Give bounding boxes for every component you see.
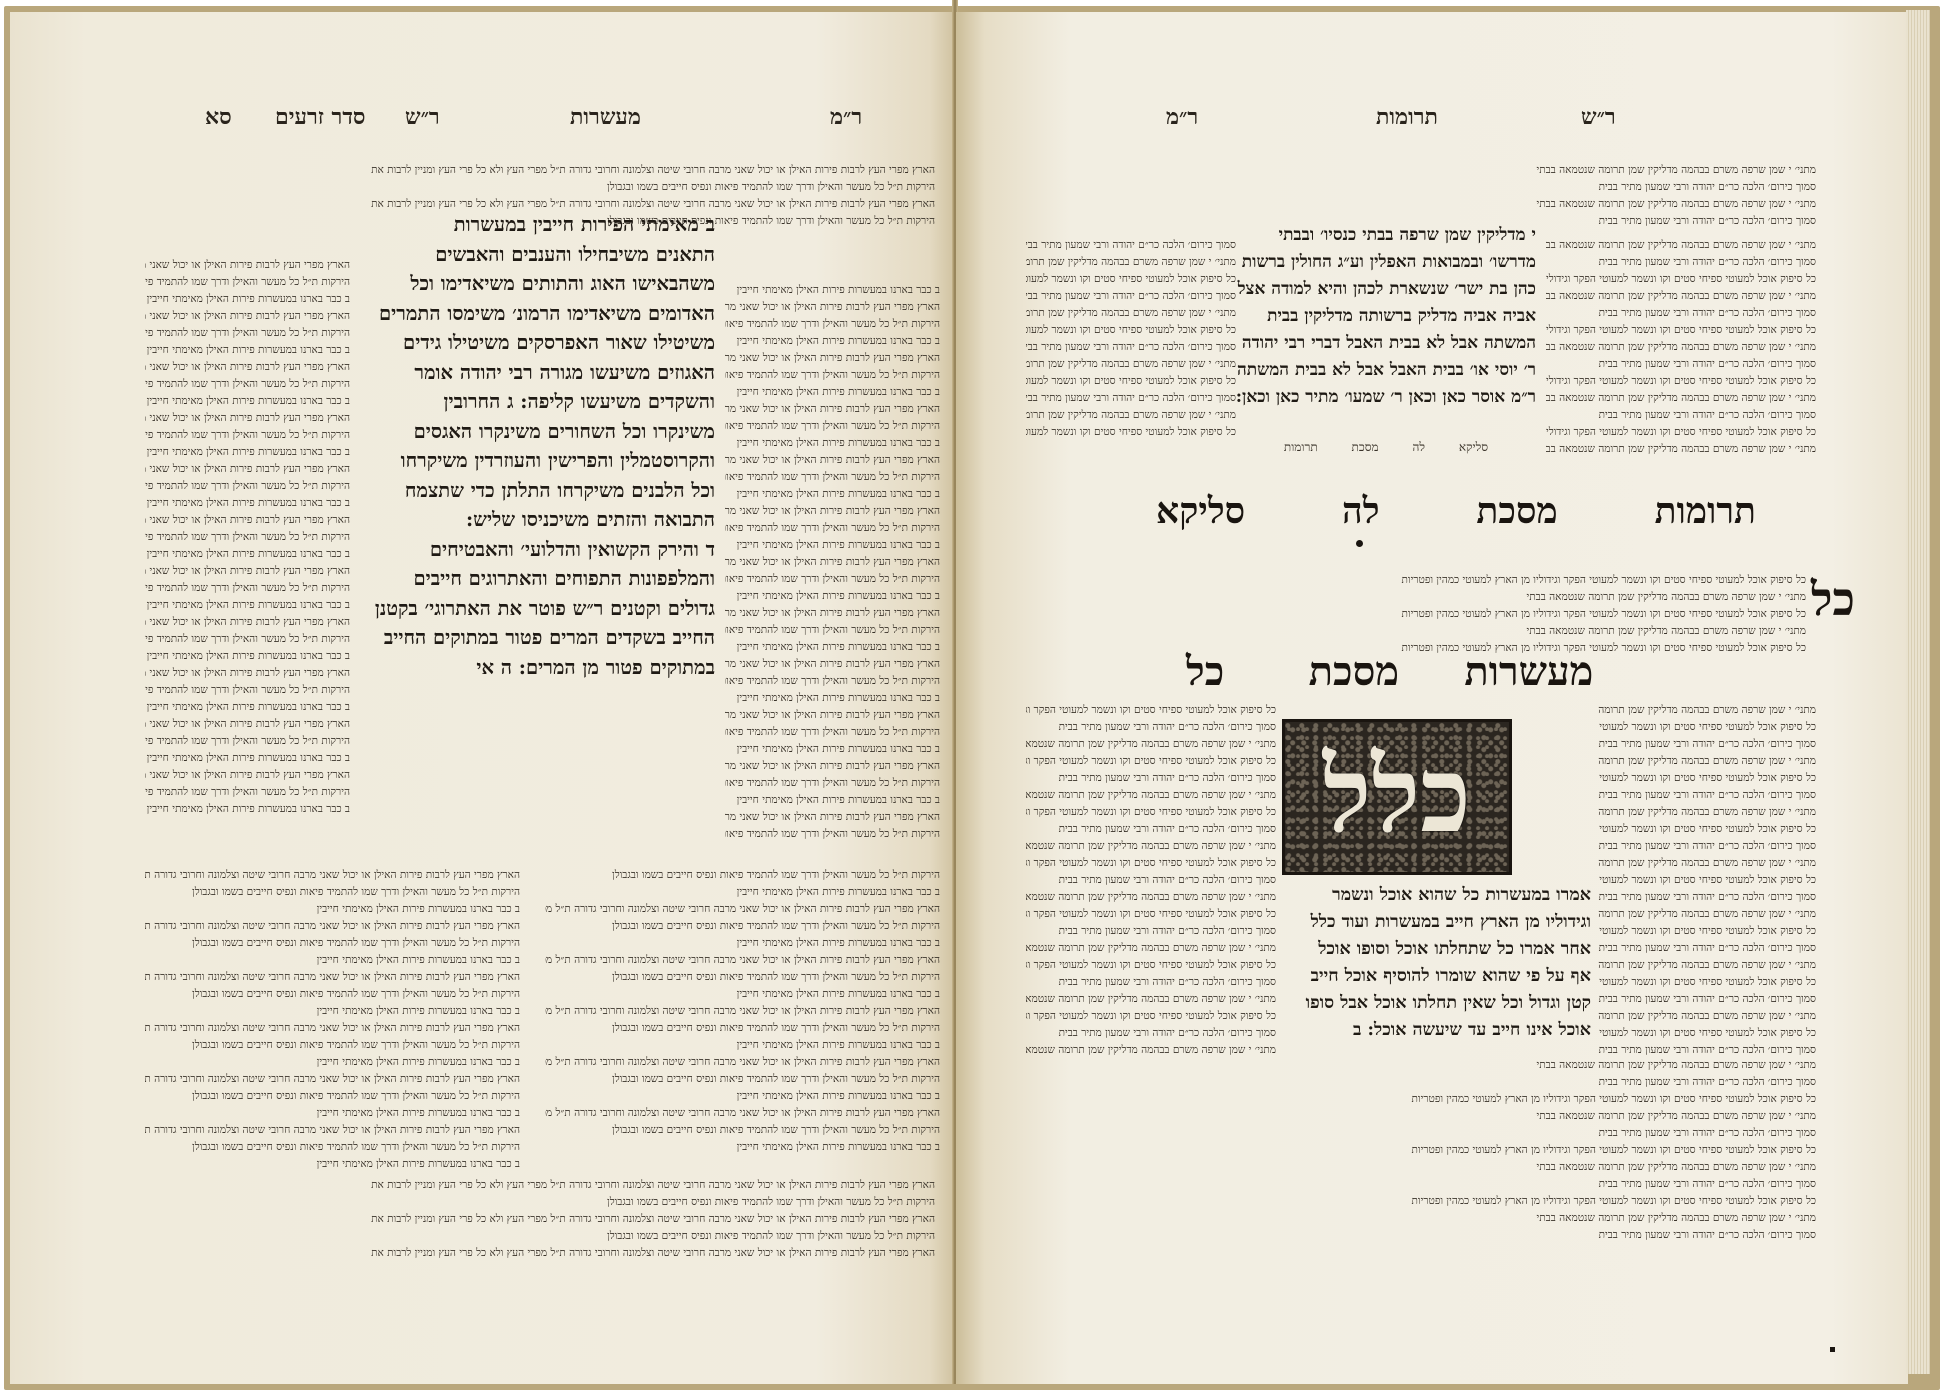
tractate-end-title: סליקא לה מסכת תרומות <box>1156 490 1756 532</box>
right-page: ר״מ תרומות ר״ש מתני׳ י שמן שרפה משרם בבה… <box>956 12 1908 1384</box>
commentary-outer-column: מתני׳ י שמן שרפה משרם בבהמה מדליקין שמן … <box>1546 237 1816 467</box>
running-head-folio: סא <box>205 104 232 130</box>
commentary-outer-right: מתני׳ י שמן שרפה משרם בבהמה מדליקין שמן … <box>1596 702 1816 1062</box>
commentary-band: כל סיפוק אוכל למעוטי ספיחי סטים וקו ונשמ… <box>1026 572 1806 657</box>
mishnah-terumot-end: י מדליקין שמן שרפה בבתי כנסיו׳ ובבתי מדר… <box>1236 222 1536 411</box>
mishnah-maasrot-ch1: ב מאימתי הפירות חייבין במעשרות התאנים מש… <box>370 210 715 682</box>
commentary-lower-outer: הארץ מפרי העץ לרבות פירות האילן או יכול … <box>145 867 520 1187</box>
woodcut-initial-word: כלל <box>1285 730 1509 860</box>
left-page: סא סדר זרעים ר״ש מעשרות ר״מ הארץ מפרי הע… <box>10 12 958 1384</box>
commentary-outer-column: הארץ מפרי העץ לרבות פירות האילן או יכול … <box>145 257 350 857</box>
commentary-beside-woodcut: כל סיפוק אוכל למעוטי ספיחי סטים וקו ונשמ… <box>1026 702 1276 1062</box>
woodcut-initial-word-panel: כלל <box>1282 719 1512 875</box>
ink-speck <box>1830 1347 1835 1352</box>
running-head-seder: סדר זרעים <box>275 104 365 130</box>
tractate-begin-title: מסכת מעשרות <box>1276 648 1626 695</box>
commentary-bottom: מתני׳ י שמן שרפה משרם בבהמה מדליקין שמן … <box>1026 1057 1816 1257</box>
commentary-lower-inner: הירקות ת״ל כל מעשר והאילן ודרך שמו להתמי… <box>545 867 940 1167</box>
commentary-inner-column: ב כבר בארנו במעשרות פירות האילן מאימתי ח… <box>725 282 940 862</box>
running-head-rash: ר״ש <box>405 104 440 130</box>
running-head-tractate: תרומות <box>1376 104 1438 130</box>
mishnah-maasrot-1-1: אמרו במעשרות כל שהוא אוכל ונשמר וגידוליו… <box>1291 882 1591 1044</box>
commentary-bottom: הארץ מפרי העץ לרבות פירות האילן או יכול … <box>145 1177 935 1267</box>
page-edges <box>1906 10 1930 1374</box>
running-head-rambam: ר״מ <box>830 104 862 130</box>
commentary-inner-column: סמוך כירום׳ הלכה כר״ם יהודה ורבי שמעון מ… <box>1026 237 1236 457</box>
commentary-opening-word: כל <box>1186 648 1224 695</box>
colophon-small: סליקא לה מסכת תרומות <box>1216 439 1556 459</box>
ornament-dot <box>1356 540 1363 547</box>
opening-word-kol: כל <box>1811 572 1855 626</box>
running-head-tractate: מעשרות <box>570 104 641 130</box>
running-head-rambam: ר״מ <box>1166 104 1198 130</box>
running-head-rash: ר״ש <box>1581 104 1616 130</box>
